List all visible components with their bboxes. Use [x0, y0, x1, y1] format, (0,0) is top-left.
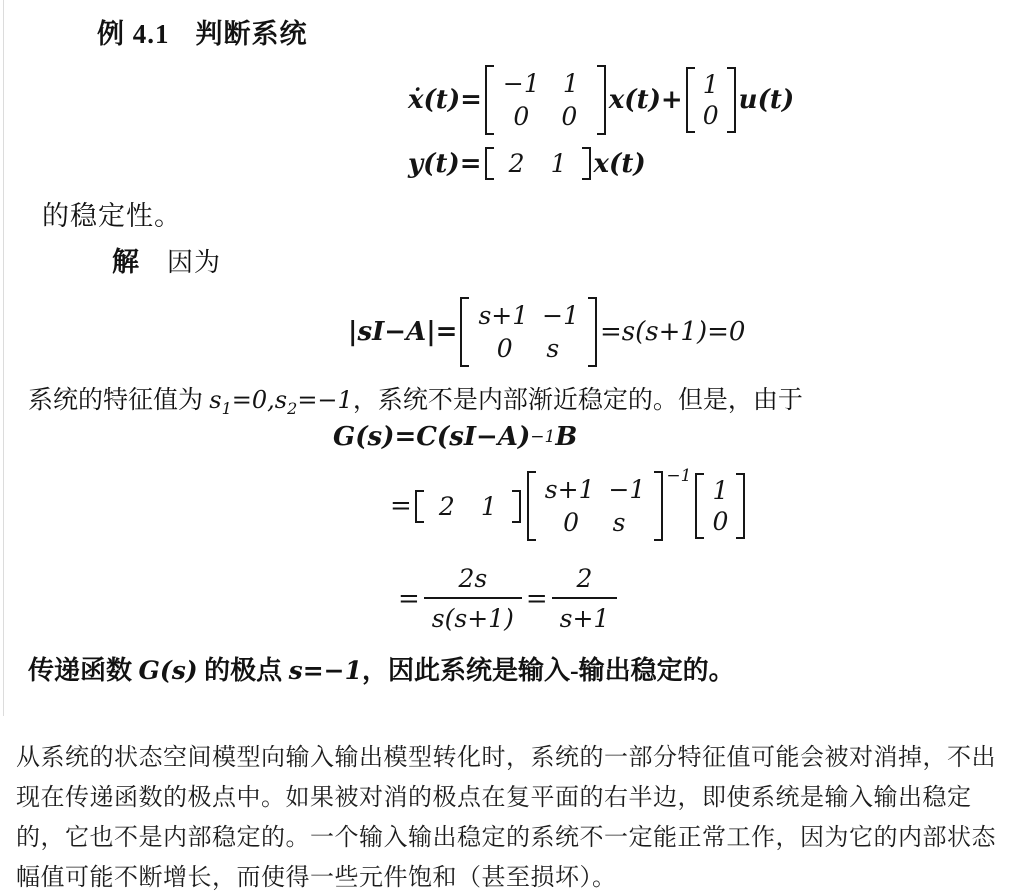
- transfer-substitution: = 21 s+1−1 0s −1 1 0: [390, 470, 748, 542]
- solution-line: 解因为: [112, 240, 221, 279]
- matrix-cell: s: [595, 506, 643, 539]
- matrix-cell: 0: [706, 506, 734, 537]
- determinant-rhs: =s(s+1)=0: [600, 319, 745, 345]
- determinant-lhs: |sI−A|=: [348, 317, 457, 347]
- solution-label: 解: [112, 247, 139, 277]
- state-u-term: u(t): [739, 85, 795, 115]
- matrix-cell: 0: [547, 506, 595, 539]
- denominator: s(s+1): [424, 597, 522, 631]
- state-x-term: x(t)+: [609, 85, 683, 115]
- matrix-cell: 2: [496, 149, 538, 178]
- inverse-exponent: −1: [530, 427, 555, 447]
- matrix-cell: 0: [545, 100, 593, 133]
- conclusion-line: 传递函数 G(s) 的极点 s=−1，因此系统是输入-输出稳定的。: [28, 650, 735, 687]
- transfer-result: = 2s s(s+1) = 2 s+1: [398, 566, 621, 631]
- solution-because: 因为: [167, 248, 221, 277]
- eigenvalue-sentence: 系统的特征值为 s1=0,s2=−1，系统不是内部渐近稳定的。但是，由于: [28, 380, 803, 417]
- state-lhs: ẋ(t)=: [408, 85, 482, 115]
- fraction-2: 2 s+1: [552, 566, 618, 631]
- conclusion-Gs: G(s): [139, 656, 198, 685]
- matrix-cell: 1: [697, 69, 725, 100]
- eigen-pre: 系统的特征值为: [28, 387, 209, 414]
- transfer-def-pre: G(s)=C(sI−A): [333, 422, 530, 452]
- matrix-cell: 2: [426, 492, 468, 521]
- matrix-cell: s: [529, 332, 577, 365]
- output-lhs: y(t)=: [408, 149, 482, 179]
- matrix-cell: s+1: [471, 299, 535, 332]
- matrix-cell: 1: [547, 67, 595, 100]
- output-rhs: x(t): [594, 149, 646, 179]
- matrix-cell: 0: [497, 100, 545, 133]
- conclusion-post: ，因此系统是输入-输出稳定的。: [362, 656, 735, 685]
- conclusion-pre: 传递函数: [28, 656, 139, 685]
- transfer-definition: G(s)=C(sI−A)−1B: [333, 424, 577, 450]
- equals-sign: =: [526, 586, 548, 612]
- equals-sign: =: [390, 493, 412, 519]
- matrix-cell: −1: [601, 473, 652, 506]
- resolvent-matrix: s+1−1 0s: [527, 470, 664, 542]
- numerator: 2s: [424, 566, 522, 597]
- state-matrix-A: −11 00: [485, 64, 606, 136]
- determinant-matrix: s+1−1 0s: [460, 296, 597, 368]
- matrix-cell: 0: [697, 100, 725, 131]
- state-equation: ẋ(t)= −11 00 x(t)+ 1 0 u(t): [408, 64, 794, 136]
- example-label: 例 4.1: [97, 19, 170, 49]
- example-heading: 例 4.1判断系统: [97, 12, 308, 51]
- matrix-cell: −1: [496, 67, 547, 100]
- note-paragraph: 从系统的状态空间模型向输入输出模型转化时，系统的一部分特征值可能会被对消掉，不出…: [16, 738, 1020, 893]
- vector-B: 1 0: [695, 472, 745, 540]
- inverse-exponent: −1: [666, 466, 691, 486]
- fraction-1: 2s s(s+1): [424, 566, 522, 631]
- matrix-cell: s+1: [538, 473, 602, 506]
- state-vector-B: 1 0: [686, 66, 736, 134]
- matrix-cell: 1: [538, 149, 580, 178]
- determinant-equation: |sI−A|= s+1−1 0s =s(s+1)=0: [348, 296, 745, 368]
- rowvector-C: 21: [415, 489, 521, 524]
- scan-edge-line: [3, 0, 4, 716]
- denominator: s+1: [552, 597, 618, 631]
- equals-sign: =: [398, 586, 420, 612]
- output-equation: y(t)= 21 x(t): [408, 146, 646, 181]
- example-title: 判断系统: [196, 19, 308, 49]
- stability-clause: 的稳定性。: [42, 194, 182, 233]
- matrix-cell: −1: [535, 299, 586, 332]
- conclusion-pole: s=−1: [289, 656, 362, 685]
- conclusion-mid: 的极点: [198, 656, 289, 685]
- matrix-cell: 1: [706, 475, 734, 506]
- transfer-def-post: B: [555, 422, 577, 452]
- matrix-cell: 1: [468, 492, 510, 521]
- textbook-page: 例 4.1判断系统 ẋ(t)= −11 00 x(t)+ 1 0 u(t) y(…: [0, 0, 1034, 893]
- output-rowvector-C: 21: [485, 146, 591, 181]
- numerator: 2: [552, 566, 618, 597]
- eigen-post: ，系统不是内部渐近稳定的。但是，由于: [353, 387, 803, 414]
- matrix-cell: 0: [481, 332, 529, 365]
